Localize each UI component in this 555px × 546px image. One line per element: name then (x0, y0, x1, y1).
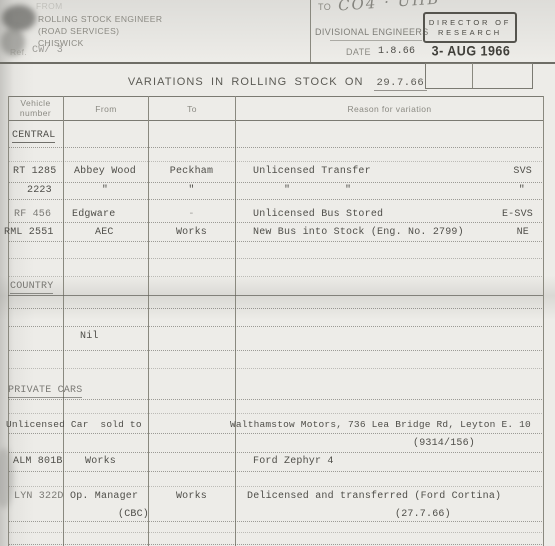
table-left-border (8, 96, 9, 546)
to-label: TO (318, 2, 331, 12)
director-of-research-stamp: DIRECTOR OF RESEARCH (423, 12, 517, 43)
scan-smudge-band (0, 276, 555, 320)
reason-ditto: " (345, 185, 351, 196)
dotted-rule (9, 350, 542, 351)
code-cell: NE (517, 227, 529, 238)
dotted-rule (9, 368, 542, 369)
dotted-rule (9, 161, 542, 162)
section-label-private-cars: PRIVATE CARS (8, 385, 82, 398)
dotted-rule (9, 199, 542, 200)
from-cell: Op. Manager (70, 491, 138, 502)
ref-label: Ref. (10, 47, 27, 57)
date-value: 1.8.66 (378, 46, 415, 57)
code-cell: SVS (513, 166, 532, 177)
form-title-row: VARIATIONS IN ROLLING STOCK ON29.7.66 (0, 76, 555, 89)
column-header-reason: Reason for variation (236, 104, 543, 114)
stamp-line: DIRECTOR OF (425, 18, 515, 28)
to-cell: Works (150, 227, 233, 238)
stamp-line: RESEARCH (425, 28, 515, 38)
section-label-country: COUNTRY (10, 281, 53, 294)
from-label: FROM (36, 1, 63, 11)
scanned-form-page: FROM ROLLING STOCK ENGINEER (ROAD SERVIC… (0, 0, 555, 546)
dotted-rule (9, 399, 542, 400)
date-stamp: 3- AUG 1966 (425, 43, 517, 58)
country-nil-entry: Nil (80, 331, 99, 342)
dotted-rule (9, 471, 542, 472)
form-title: VARIATIONS IN ROLLING STOCK ON (128, 76, 364, 88)
from-cell: Works (85, 456, 116, 467)
dotted-rule (9, 521, 542, 522)
dotted-rule (9, 413, 542, 414)
dotted-rule (9, 326, 542, 327)
vehicle-number: 2223 (27, 185, 52, 196)
column-header-to: To (149, 104, 235, 114)
dotted-rule (9, 241, 542, 242)
vehicle-number: ALM 801B (13, 456, 63, 467)
vehicle-number: RT 1285 (13, 166, 56, 177)
dotted-rule (9, 276, 542, 277)
to-cell: - (150, 209, 233, 220)
table-header-bottom (8, 120, 543, 121)
dotted-rule (9, 222, 542, 223)
column-header-vehicle: Vehicle number (9, 99, 62, 118)
dotted-rule (9, 258, 542, 259)
recipient-underline (330, 40, 422, 41)
reason-note: (27.7.66) (395, 509, 451, 520)
from-note: (CBC) (118, 509, 149, 520)
dotted-rule (9, 147, 542, 148)
dotted-rule (9, 544, 542, 545)
table-top-border (8, 96, 543, 97)
dotted-rule (9, 182, 542, 183)
scan-shadow-blob (0, 448, 14, 508)
vehicle-number: RML 2551 (4, 227, 54, 238)
sender-address-block: ROLLING STOCK ENGINEER (ROAD SERVICES) C… (38, 13, 162, 49)
reason-cell: Delicensed and transferred (Ford Cortina… (247, 491, 501, 502)
from-ditto: " (64, 185, 146, 196)
dotted-rule (9, 532, 542, 533)
to-cell: Works (150, 491, 233, 502)
section-label-central: CENTRAL (12, 130, 55, 143)
vehicle-number: LYN 322D (14, 491, 64, 502)
date-label: DATE (346, 47, 371, 57)
sender-line: ROLLING STOCK ENGINEER (38, 13, 162, 25)
scan-shadow-blob (2, 5, 36, 31)
from-cell: AEC (95, 227, 114, 238)
sold-note-buyer: Walthamstow Motors, 736 Lea Bridge Rd, L… (230, 419, 531, 430)
table-right-border (543, 96, 544, 546)
vehicle-number: RF 456 (14, 209, 51, 220)
sold-reference: (9314/156) (413, 438, 475, 449)
column-divider-from (148, 96, 149, 546)
column-header-from: From (64, 104, 148, 114)
code-cell: E-SVS (502, 209, 533, 220)
reason-ditto: " (284, 185, 290, 196)
recipient: DIVISIONAL ENGINEERS (315, 27, 429, 37)
column-divider-to (235, 96, 236, 546)
to-ditto: " (150, 185, 233, 196)
ref-value: CW/ 3 (32, 45, 63, 56)
to-cell: Peckham (150, 166, 233, 177)
column-divider-vehicle (63, 96, 64, 546)
reason-cell: Ford Zephyr 4 (253, 456, 334, 467)
reason-cell: Unlicensed Bus Stored (253, 209, 383, 220)
section-rule (8, 295, 543, 296)
dotted-rule (9, 308, 542, 309)
from-cell: Abbey Wood (64, 166, 146, 177)
dotted-rule (9, 452, 542, 453)
code-ditto: " (519, 185, 525, 196)
form-title-date: 29.7.66 (374, 77, 428, 91)
reason-cell: New Bus into Stock (Eng. No. 2799) (253, 227, 464, 238)
sold-note-left: Unlicensed Car sold to (6, 419, 142, 430)
from-cell: Edgware (72, 209, 115, 220)
dotted-rule (9, 486, 542, 487)
dotted-rule (9, 433, 542, 434)
reason-cell: Unlicensed Transfer (253, 166, 371, 177)
sender-line: (ROAD SERVICES) (38, 25, 162, 37)
header-divider (310, 0, 311, 62)
